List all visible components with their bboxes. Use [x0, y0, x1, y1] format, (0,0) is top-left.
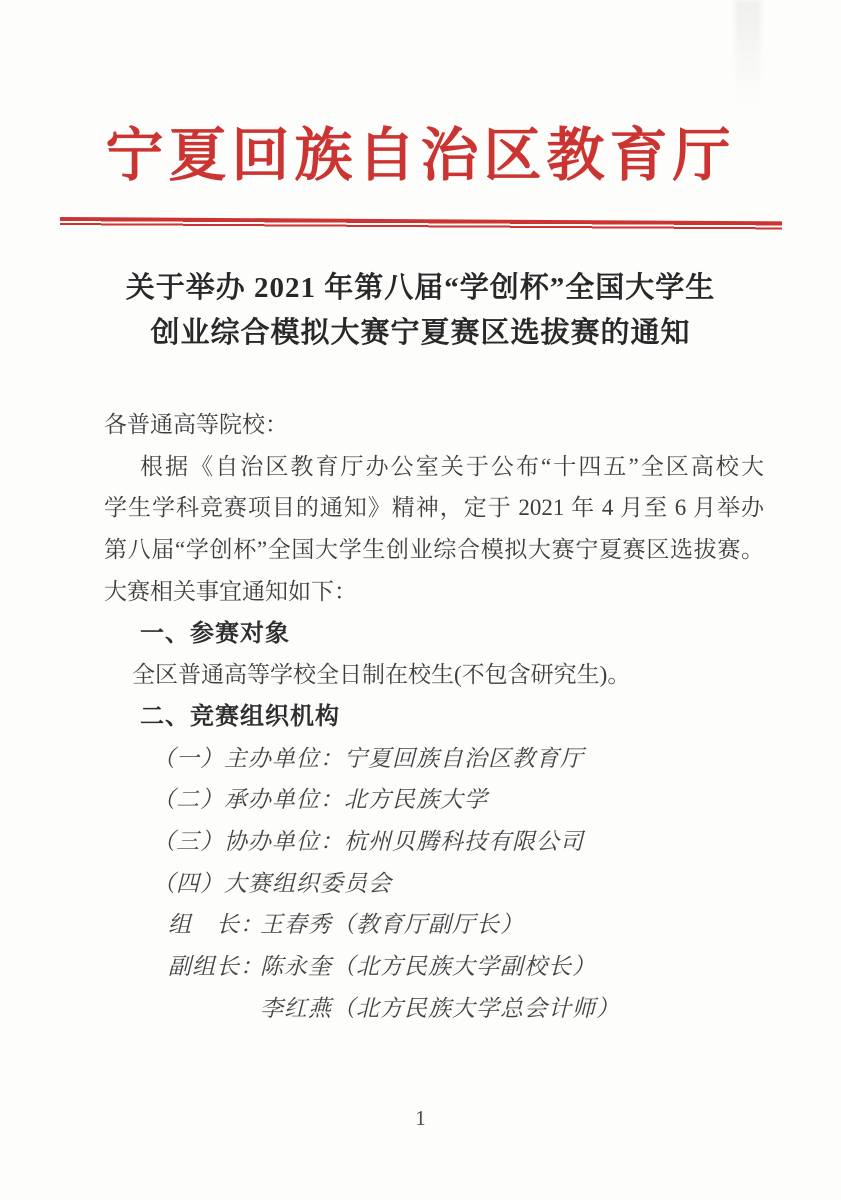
intro-line-3: 第八届“学创杯”全国大学生创业综合模拟大赛宁夏赛区选拔赛。 — [104, 529, 764, 571]
committee-row: 组 长： 王春秀（教育厅副厅长） — [104, 904, 764, 946]
intro-line-4: 大赛相关事宜通知如下： — [104, 571, 764, 613]
committee-role-label: 组 长： — [168, 904, 260, 946]
organizer-item-host: （一）主办单位：宁夏回族自治区教育厅 — [104, 738, 764, 780]
document-page: 宁夏回族自治区教育厅 关于举办 2021 年第八届“学创杯”全国大学生 创业综合… — [0, 0, 841, 1200]
doc-title: 关于举办 2021 年第八届“学创杯”全国大学生 创业综合模拟大赛宁夏赛区选拔赛… — [0, 266, 841, 356]
committee-role-label — [168, 988, 260, 1030]
document-body: 各普通高等院校： 根据《自治区教育厅办公室关于公布“十四五”全区高校大 学生学科… — [104, 404, 764, 1030]
committee-member: 陈永奎（北方民族大学副校长） — [260, 946, 596, 988]
intro-line-1: 根据《自治区教育厅办公室关于公布“十四五”全区高校大 — [104, 446, 764, 488]
doc-title-line-1: 关于举办 2021 年第八届“学创杯”全国大学生 — [0, 266, 841, 311]
salutation: 各普通高等院校： — [104, 404, 764, 446]
committee-member: 李红燕（北方民族大学总会计师） — [260, 988, 620, 1030]
page-number: 1 — [0, 1106, 841, 1131]
organizer-item-coorganizer: （三）协办单位：杭州贝腾科技有限公司 — [104, 821, 764, 863]
double-rule-divider — [60, 217, 782, 230]
organizer-item-committee: （四）大赛组织委员会 — [104, 863, 764, 905]
section-1-content: 全区普通高等学校全日制在校生(不包含研究生)。 — [104, 654, 764, 696]
letterhead-org-name: 宁夏回族自治区教育厅 — [0, 120, 841, 193]
committee-role-label: 副组长： — [168, 946, 260, 988]
committee-member: 王春秀（教育厅副厅长） — [260, 904, 524, 946]
doc-title-line-2: 创业综合模拟大赛宁夏赛区选拔赛的通知 — [0, 311, 841, 356]
committee-row: 副组长： 陈永奎（北方民族大学副校长） — [104, 946, 764, 988]
section-1-heading: 一、参赛对象 — [104, 613, 764, 655]
section-2-heading: 二、竞赛组织机构 — [104, 696, 764, 738]
committee-row: 李红燕（北方民族大学总会计师） — [104, 988, 764, 1030]
organizer-item-undertaker: （二）承办单位：北方民族大学 — [104, 779, 764, 821]
intro-line-2: 学生学科竞赛项目的通知》精神，定于 2021 年 4 月至 6 月举办 — [104, 487, 764, 529]
scan-artifact — [735, 0, 761, 110]
